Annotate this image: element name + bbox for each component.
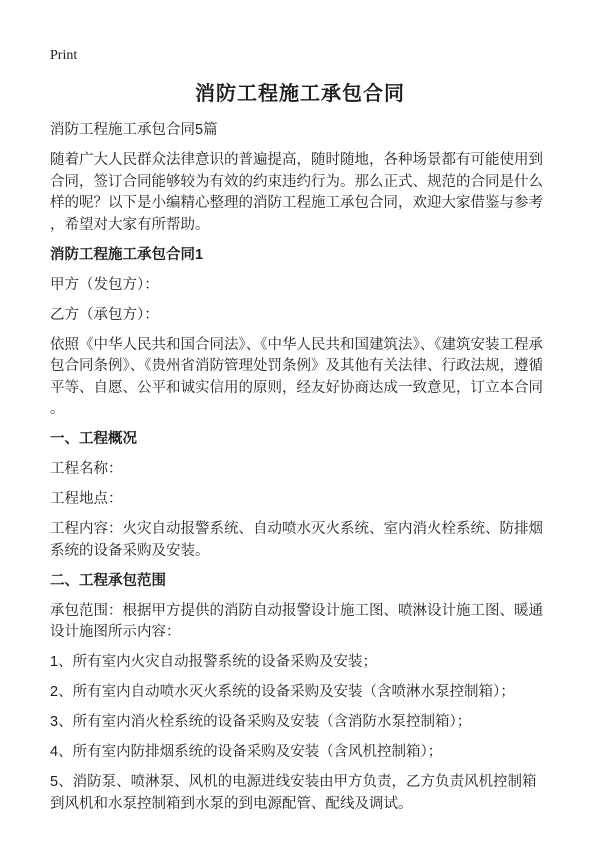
scope-item-4: 4、所有室内防排烟系统的设备采购及安装（含风机控制箱）； (50, 742, 550, 764)
document-title: 消防工程施工承包合同 (50, 81, 550, 108)
contract-1-heading: 消防工程施工承包合同1 (50, 245, 550, 267)
project-location-line: 工程地点： (50, 489, 550, 511)
section-2-heading: 二、工程承包范围 (50, 571, 550, 593)
project-content-paragraph: 工程内容：火灾自动报警系统、自动喷水灭火系统、室内消火栓系统、防排烟系统的设备采… (50, 519, 550, 562)
legal-basis-paragraph: 依照《中华人民共和国合同法》、《中华人民共和国建筑法》、《建筑安装工程承包合同条… (50, 335, 550, 421)
party-a-line: 甲方（发包方）： (50, 275, 550, 297)
project-name-line: 工程名称： (50, 459, 550, 481)
print-link[interactable]: Print (50, 47, 77, 64)
document-page: Print 消防工程施工承包合同 消防工程施工承包合同5篇 随着广大人民群众法律… (0, 0, 600, 864)
contract-scope-paragraph: 承包范围：根据甲方提供的消防自动报警设计施工图、喷淋设计施工图、暖通设计施图所示… (50, 601, 550, 644)
scope-item-1: 1、所有室内火灾自动报警系统的设备采购及安装； (50, 652, 550, 674)
intro-paragraph: 随着广大人民群众法律意识的普遍提高，随时随地，各种场景都有可能使用到合同，签订合… (50, 150, 550, 236)
party-b-line: 乙方（承包方）： (50, 305, 550, 327)
scope-item-5: 5、消防泵、喷淋泵、风机的电源进线安装由甲方负责，乙方负责风机控制箱到风机和水泵… (50, 772, 550, 815)
section-1-heading: 一、工程概况 (50, 429, 550, 451)
scope-item-3: 3、所有室内消火栓系统的设备采购及安装（含消防水泵控制箱）； (50, 712, 550, 734)
scope-item-2: 2、所有室内自动喷水灭火系统的设备采购及安装（含喷淋水泵控制箱）； (50, 682, 550, 704)
document-subtitle: 消防工程施工承包合同5篇 (50, 120, 550, 142)
